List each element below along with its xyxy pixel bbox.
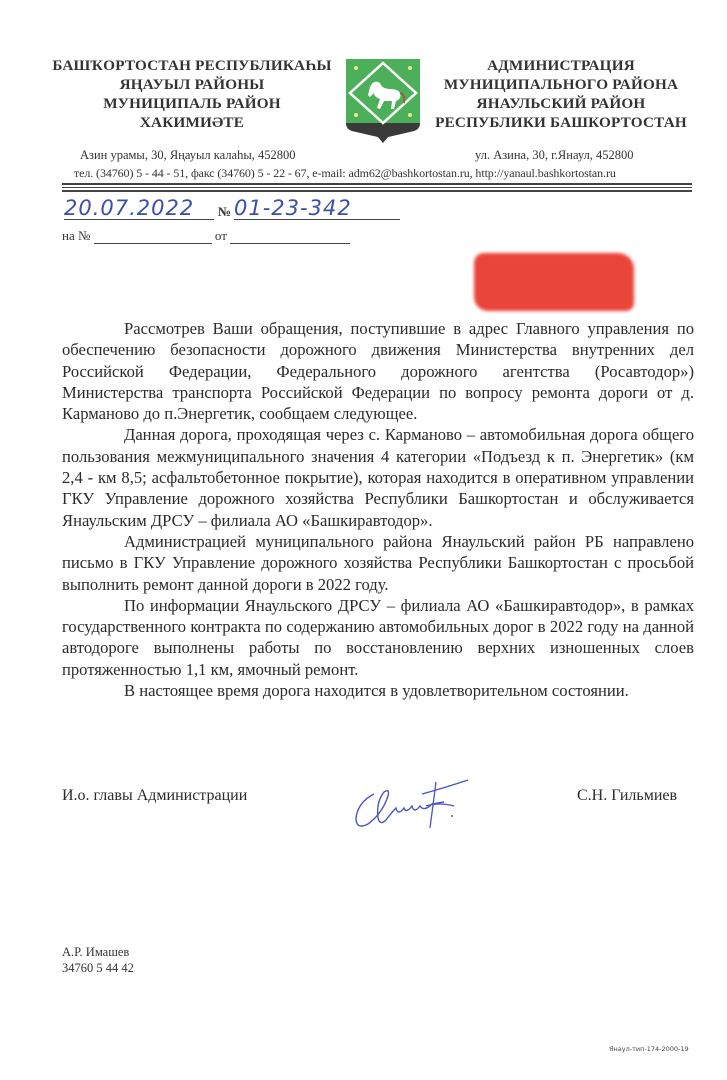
body-paragraph: В настоящее время дорога находится в удо…: [62, 680, 694, 701]
body-paragraph: Данная дорога, проходящая через с. Карма…: [62, 424, 694, 530]
handwritten-signature-icon: [348, 772, 478, 834]
address-russian: ул. Азина, 30, г.Янаул, 452800: [475, 148, 634, 163]
header-russian-block: АДМИНИСТРАЦИЯ МУНИЦИПАЛЬНОГО РАЙОНА ЯНАУ…: [425, 56, 697, 132]
header-left-line: ХАКИМИӘТЕ: [52, 113, 332, 132]
body-paragraph: По информации Янаульского ДРСУ – филиала…: [62, 595, 694, 680]
header-divider: [62, 190, 692, 192]
ref-date-blank: [230, 232, 350, 244]
header-left-line: МУНИЦИПАЛЬ РАЙОН: [52, 94, 332, 113]
letter-body: Рассмотрев Ваши обращения, поступившие в…: [62, 318, 694, 701]
reference-row: на № от: [62, 228, 350, 244]
ref-number-label: на №: [62, 228, 90, 243]
header-left-line: ЯҢАУЫЛ РАЙОНЫ: [52, 75, 332, 94]
header-right-line: ЯНАУЛЬСКИЙ РАЙОН: [425, 94, 697, 113]
executor-name: А.Р. Имашев: [62, 944, 134, 960]
signatory-title: И.о. главы Администрации: [62, 787, 247, 805]
outgoing-number: 01-23-342: [234, 196, 400, 220]
body-paragraph: Администрацией муниципального района Яна…: [62, 531, 694, 595]
header-left-line: БАШҠОРТОСТАН РЕСПУБЛИКАҺЫ: [52, 56, 332, 75]
header-divider: [62, 183, 692, 185]
address-bashkir: Азин урамы, 30, Яңауыл калаһы, 452800: [80, 148, 296, 163]
signatory-name: С.Н. Гильмиев: [577, 787, 677, 805]
executor-block: А.Р. Имашев 34760 5 44 42: [62, 944, 134, 976]
number-label: №: [218, 204, 231, 220]
header-right-line: МУНИЦИПАЛЬНОГО РАЙОНА: [425, 75, 697, 94]
outgoing-date: 20.07.2022: [64, 196, 214, 220]
coat-of-arms-icon: [344, 57, 422, 143]
header-bashkir-block: БАШҠОРТОСТАН РЕСПУБЛИКАҺЫ ЯҢАУЫЛ РАЙОНЫ …: [52, 56, 332, 132]
executor-phone: 34760 5 44 42: [62, 960, 134, 976]
header-divider: [62, 187, 692, 188]
header-right-line: АДМИНИСТРАЦИЯ: [425, 56, 697, 75]
body-paragraph: Рассмотрев Ваши обращения, поступившие в…: [62, 318, 694, 424]
ref-from-label: от: [215, 228, 227, 243]
contact-line: тел. (34760) 5 - 44 - 51, факс (34760) 5…: [74, 166, 616, 181]
header-right-line: РЕСПУБЛИКИ БАШКОРТОСТАН: [425, 113, 697, 132]
print-code: Янаул-тип-174-2000-19: [609, 1045, 689, 1053]
redacted-recipient: [474, 253, 634, 311]
ref-number-blank: [94, 232, 212, 244]
